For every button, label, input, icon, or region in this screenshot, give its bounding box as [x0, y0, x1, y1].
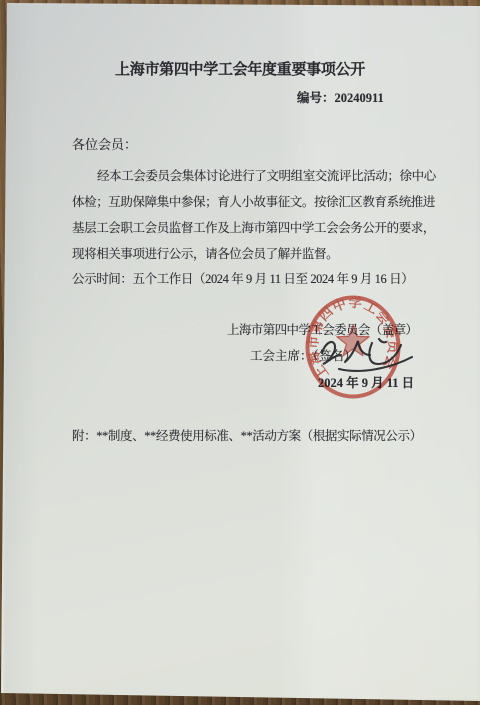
attachment-note: 附：**制度、**经费使用标准、**活动方案（根据实际情况公示）	[72, 426, 422, 444]
paper-sheet: 上海市第四中学工会年度重要事项公开 编号：20240911 各位会员： 经本工会…	[0, 0, 480, 705]
serial-number: 编号：20240911	[297, 88, 384, 106]
body-line: 经本工会委员会集体讨论进行了文明组室交流评比活动；徐中心	[72, 166, 436, 184]
publicity-period: 公示时间：五个工作日（2024 年 9 月 11 日至 2024 年 9 月 1…	[72, 269, 413, 287]
body-line: 现将相关事项进行公示，请各位会员了解并监督。	[72, 244, 338, 262]
handwritten-signature	[315, 333, 425, 377]
document-title: 上海市第四中学工会年度重要事项公开	[0, 58, 480, 79]
body-line: 基层工会职工会员监督工作及上海市第四中学工会会务公开的要求，	[72, 218, 435, 236]
photographed-notice: { "document": { "title": "上海市第四中学工会年度重要事…	[0, 0, 480, 705]
salutation: 各位会员：	[72, 134, 137, 153]
body-line: 体检；互助保障集中参保；育人小故事征文。按徐汇区教育系统推进	[72, 192, 435, 210]
